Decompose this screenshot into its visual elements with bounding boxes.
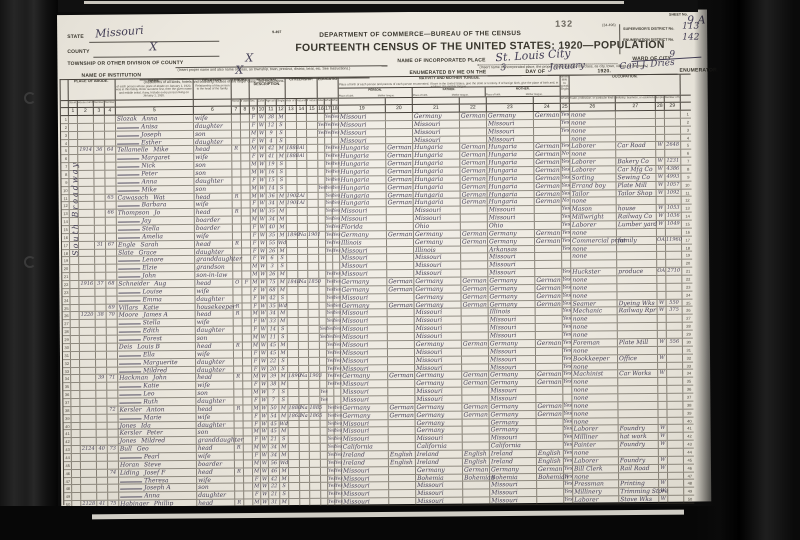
cell-tng	[388, 341, 415, 348]
cell-mt: German	[534, 143, 561, 150]
cell-imm: 1902	[287, 193, 298, 200]
cell-f	[108, 477, 119, 484]
cell-nat	[299, 326, 309, 333]
cell-mt	[536, 395, 563, 402]
column-label: Whether able to speak English.	[561, 97, 570, 103]
cell-t1: R	[234, 311, 243, 318]
cell-sex: F	[251, 256, 259, 263]
cell-ny	[307, 137, 318, 144]
cell-name: Stella	[117, 225, 195, 233]
cell-f: 70	[107, 312, 118, 319]
cell-ind: family	[617, 237, 657, 244]
cell-ny	[307, 177, 318, 184]
cell-ny	[309, 350, 320, 357]
cell-sex: F	[252, 350, 260, 357]
cell-fp: Germany	[414, 230, 461, 237]
cell-mt	[534, 135, 561, 142]
cell-t2	[241, 114, 250, 121]
cell-eng: Yes	[563, 347, 572, 354]
cell-c: W	[260, 303, 268, 310]
cell-fp: Germany	[415, 372, 462, 379]
line-number-right: 27	[683, 315, 692, 322]
cell-fp: Missouri	[415, 348, 462, 355]
cell-street	[71, 305, 80, 312]
cell-tng: German	[387, 192, 414, 199]
cell-tng: German	[386, 152, 413, 159]
cell-name: Barbara	[117, 201, 195, 209]
cell-ft	[462, 309, 489, 316]
cell-nat	[300, 452, 310, 459]
cell-c: W	[260, 319, 268, 326]
cell-pob: Missouri	[342, 420, 389, 427]
group-label: PERSONAL DESCRIPTION.	[250, 78, 285, 87]
cell-t2	[242, 232, 251, 239]
cell-t1: O	[233, 280, 242, 287]
cell-mp: Hungaria	[488, 191, 535, 198]
cell-name: Bull Geo	[119, 445, 197, 453]
cell-fs	[666, 229, 682, 236]
cell-mt	[536, 387, 563, 394]
cell-fs	[668, 425, 684, 432]
cell-ft: German	[461, 238, 488, 245]
cell-sch	[319, 287, 326, 294]
cell-street	[72, 470, 81, 477]
cell-c: W	[260, 311, 268, 318]
cell-wr	[332, 137, 339, 144]
column-label: Street, avenue, road, etc.	[69, 101, 78, 107]
cell-pob: Missouri	[341, 357, 388, 364]
cell-t2	[242, 248, 251, 255]
cell-t1	[234, 397, 243, 404]
cell-emp: W	[659, 441, 668, 448]
cell-t2	[242, 272, 251, 279]
cell-eng: Yes	[564, 426, 573, 433]
ditto-mark	[119, 320, 141, 325]
cell-imm	[289, 468, 300, 475]
cell-nat	[299, 318, 309, 325]
cell-name: Anna	[116, 178, 194, 186]
line-number-right: 26	[683, 307, 692, 314]
cell-fp: Hungaria	[413, 160, 460, 167]
column-label	[386, 98, 413, 104]
cell-ind: produce	[617, 268, 657, 275]
cell-f	[108, 430, 119, 437]
column-number: 5	[116, 107, 194, 115]
cell-name: Joseph	[116, 131, 194, 139]
cell-fp: Illinois	[414, 246, 461, 253]
cell-eng: Yes	[563, 300, 572, 307]
cell-mp: Hungaria	[488, 198, 535, 205]
cell-c: W	[259, 224, 267, 231]
cell-rel: son	[194, 130, 232, 137]
cell-wr: Yes	[334, 365, 341, 372]
cell-name: Ruth	[118, 398, 196, 406]
cell-h	[79, 249, 95, 256]
cell-name: Slozak Anna	[116, 115, 194, 123]
cell-rd: Yes	[327, 318, 334, 325]
cell-f: 68	[106, 281, 117, 288]
cell-mt: German	[536, 340, 563, 347]
cell-eng: Yes	[564, 450, 573, 457]
column-number: 1	[69, 108, 78, 115]
cell-imm	[288, 350, 299, 357]
column-label	[487, 97, 534, 103]
cell-rd	[325, 137, 332, 144]
cell-mp: Missouri	[490, 489, 537, 496]
cell-sex: M	[251, 193, 259, 200]
cell-ny	[309, 302, 320, 309]
ditto-mark	[119, 398, 141, 403]
cell-t1: R	[233, 209, 242, 216]
ditto-mark	[119, 390, 141, 395]
cell-mar: M	[279, 318, 288, 325]
cell-street	[72, 446, 81, 453]
line-number-right: 48	[684, 480, 693, 487]
cell-fs	[666, 260, 682, 267]
cell-ny	[309, 357, 320, 364]
cell-street	[71, 328, 80, 335]
line-number-right: 2	[681, 118, 690, 125]
cell-f	[107, 336, 118, 343]
cell-sch	[321, 483, 328, 490]
cell-eng: Yes	[561, 159, 570, 166]
cell-wr: Yes	[334, 318, 341, 325]
cell-tng: German	[388, 302, 415, 309]
cell-wr: Yes	[335, 483, 342, 490]
cell-mt	[535, 214, 562, 221]
cell-fp: Ireland	[416, 451, 463, 458]
cell-sch	[319, 255, 326, 262]
cell-sch	[318, 177, 325, 184]
cell-h	[80, 344, 96, 351]
cell-sch	[319, 247, 326, 254]
cell-c: W	[261, 484, 269, 491]
cell-sch	[321, 436, 328, 443]
cell-rd	[326, 255, 333, 262]
cell-mt: German	[535, 277, 562, 284]
cell-name: Leo	[118, 390, 196, 398]
line-number-right: 21	[682, 268, 691, 275]
line-number: 39	[64, 415, 72, 422]
ditto-mark	[118, 288, 140, 293]
cell-occ: Laborer	[573, 496, 619, 503]
column-label: Number of family in order of visitation.	[105, 101, 116, 107]
cell-c: W	[260, 326, 268, 333]
cell-c: W	[259, 295, 267, 302]
cell-f	[106, 249, 117, 256]
column-label: Year of immigration to the United States…	[286, 99, 297, 105]
cell-ny	[307, 145, 318, 152]
cell-mar: Wd	[280, 421, 289, 428]
group-name: NAME of each person whose place of abode…	[116, 79, 194, 100]
cell-mt	[536, 316, 563, 323]
line-number-right: 35	[683, 378, 692, 385]
cell-f	[105, 139, 116, 146]
cell-sch	[320, 310, 327, 317]
cell-fp: Missouri	[414, 254, 461, 261]
county-rule	[93, 55, 219, 58]
cell-age: 6	[267, 256, 278, 263]
cell-ny	[308, 263, 319, 270]
cell-t2	[242, 201, 251, 208]
cell-d	[95, 194, 106, 201]
cell-h	[81, 414, 97, 421]
cell-ind: Foundry	[619, 457, 659, 464]
cell-t2	[241, 146, 250, 153]
cell-tng: German	[387, 231, 414, 238]
cell-fp: Missouri	[414, 262, 461, 269]
line-number-right: 28	[683, 323, 692, 330]
cell-t1	[232, 138, 241, 145]
cell-sex: F	[251, 201, 259, 208]
cell-occ: Laborer	[571, 221, 617, 228]
cell-pob: Hungaria	[339, 153, 386, 160]
cell-ft: German	[461, 199, 488, 206]
cell-tng	[388, 309, 415, 316]
cell-ind: Railway Co	[617, 213, 657, 220]
group-label: NAME	[116, 79, 193, 84]
cell-c: W	[261, 421, 269, 428]
cell-mp: Missouri	[489, 356, 536, 363]
column-label: Trade, profession, or particular kind of…	[570, 96, 616, 102]
cell-age: 12	[266, 122, 277, 129]
cell-wr: Yes	[334, 342, 341, 349]
cell-t2	[243, 303, 252, 310]
cell-sex: F	[251, 287, 259, 294]
cell-c: W	[259, 240, 267, 247]
cell-mar: S	[278, 185, 287, 192]
cell-name: Pearl	[119, 453, 197, 461]
cell-occ: none	[571, 253, 617, 260]
cell-imm	[288, 342, 299, 349]
cell-f	[107, 344, 118, 351]
cell-occ: Milliner	[573, 433, 619, 440]
cell-tng	[389, 427, 416, 434]
cell-imm	[286, 161, 297, 168]
cell-mar: M	[280, 444, 289, 451]
cell-ind	[618, 331, 658, 338]
cell-rd: Yes	[327, 412, 334, 419]
cell-rel: boarder	[197, 460, 235, 467]
cell-age: 34	[268, 311, 279, 318]
cell-mar: S	[279, 397, 288, 404]
cell-c: W	[258, 146, 266, 153]
cell-occ: Laborer	[573, 426, 619, 433]
cell-rel: son	[196, 390, 234, 397]
cell-tng	[388, 365, 415, 372]
cell-name: Stella	[118, 319, 196, 327]
cell-tng	[389, 467, 416, 474]
cell-t1: R	[232, 146, 241, 153]
column-number: 15	[307, 106, 318, 113]
cell-street	[71, 360, 80, 367]
cell-tng	[386, 137, 413, 144]
cell-sch	[319, 295, 326, 302]
cell-t2	[244, 452, 253, 459]
cell-h	[79, 234, 95, 241]
cell-name: Anisa	[116, 123, 194, 131]
cell-t1	[234, 358, 243, 365]
cell-f	[108, 438, 119, 445]
cell-ind: Plate Mill	[616, 182, 656, 189]
cell-tng	[387, 223, 414, 230]
cell-ft: German	[461, 191, 488, 198]
group-nativity: NATIVITY AND MOTHER TONGUE. Place of bir…	[339, 76, 561, 98]
cell-rel: granddaughter	[195, 256, 233, 263]
cell-sex: M	[250, 146, 258, 153]
cell-pob: Missouri	[340, 263, 387, 270]
cell-h	[78, 139, 94, 146]
cell-rd: Yes	[325, 153, 332, 160]
cell-mp: Germany	[488, 230, 535, 237]
cell-t1	[233, 287, 242, 294]
cell-h	[79, 257, 95, 264]
cell-nat	[298, 263, 308, 270]
line-number-right: 31	[683, 346, 692, 353]
cell-mt	[534, 127, 561, 134]
cell-street	[72, 415, 81, 422]
cell-ny	[308, 247, 319, 254]
cell-wr: Yes	[335, 459, 342, 466]
cell-street	[71, 352, 80, 359]
cell-sch	[319, 232, 326, 239]
cell-occ: none	[572, 323, 618, 330]
cell-ny	[308, 208, 319, 215]
cell-sex: M	[251, 185, 259, 192]
cell-c: W	[260, 358, 268, 365]
cell-wr: Yes	[332, 145, 339, 152]
cell-c: W	[258, 177, 266, 184]
cell-mar: M	[278, 208, 287, 215]
cell-c: W	[258, 169, 266, 176]
cell-pob: Missouri	[339, 121, 386, 128]
column-label: Age at last birthday.	[266, 99, 277, 105]
cell-ny	[309, 326, 320, 333]
column-label: Sex.	[250, 99, 258, 105]
line-number-right: 49	[684, 488, 693, 495]
cell-h	[81, 485, 97, 492]
ditto-mark	[118, 233, 140, 238]
cell-ind: Car Mfg Co	[616, 166, 656, 173]
cell-rel: daughter	[194, 122, 232, 129]
line-number-right: 45	[684, 456, 693, 463]
cell-c: W	[260, 374, 268, 381]
cell-rd: Yes	[326, 294, 333, 301]
cell-mp: Germany	[490, 418, 537, 425]
cell-mar: M	[278, 216, 287, 223]
cell-imm: 1888	[286, 153, 297, 160]
cell-sch	[319, 271, 326, 278]
line-number: 12	[62, 202, 70, 209]
cell-sch	[320, 342, 327, 349]
cell-t2	[242, 185, 251, 192]
cell-mp: Hungaria	[487, 143, 534, 150]
cell-pob: Germany	[341, 373, 388, 380]
cell-eng: Yes	[561, 120, 570, 127]
cell-t2	[244, 460, 253, 467]
dept-line: DEPARTMENT OF COMMERCE—BUREAU OF THE CEN…	[319, 30, 521, 39]
cell-imm	[287, 248, 298, 255]
cell-h	[79, 202, 95, 209]
cell-ft	[461, 246, 488, 253]
cell-name: Anna	[119, 492, 197, 500]
person-subgroup: PERSON. Place of birth.Mother tongue.	[339, 88, 413, 98]
cell-ny	[310, 475, 321, 482]
cell-h	[81, 438, 97, 445]
cell-emp: W	[657, 189, 666, 196]
cell-occ: none	[572, 378, 618, 385]
cell-sch	[318, 137, 325, 144]
column-label: Whether able to read.	[325, 99, 332, 105]
cell-f	[107, 399, 118, 406]
cell-rd: Yes	[326, 184, 333, 191]
cell-rel: granddaughter	[197, 437, 235, 444]
cell-t1	[233, 232, 242, 239]
cell-d	[97, 477, 108, 484]
ditto-mark	[120, 485, 142, 490]
cell-c: W	[261, 452, 269, 459]
cell-occ: none	[572, 410, 618, 417]
cell-ny	[310, 444, 321, 451]
cell-eng: No	[561, 151, 570, 158]
cell-street	[72, 485, 81, 492]
cell-mt	[534, 120, 561, 127]
cell-mar: Wd	[280, 460, 289, 467]
cell-mar: M	[280, 476, 289, 483]
cell-pob: Germany	[340, 231, 387, 238]
cell-mar: M	[278, 287, 287, 294]
cell-h	[78, 171, 94, 178]
line-number: 20	[62, 265, 70, 272]
cell-pob: Germany	[341, 404, 388, 411]
cell-t2	[243, 405, 252, 412]
cell-t2	[243, 374, 252, 381]
cell-age: 26	[267, 271, 278, 278]
cell-emp: OA	[657, 268, 666, 275]
cell-nat	[300, 444, 310, 451]
line-number: 2	[61, 124, 69, 131]
cell-rd: Yes	[325, 122, 332, 129]
ditto-mark	[117, 163, 139, 168]
cell-c: W	[258, 122, 266, 129]
cell-imm	[286, 169, 297, 176]
column-number: 23	[487, 104, 534, 111]
cell-f	[106, 233, 117, 240]
line-number: 34	[63, 375, 71, 382]
cell-ny	[310, 420, 321, 427]
cell-d	[96, 344, 107, 351]
cell-rel: boarder	[195, 225, 233, 232]
cell-age: 34	[269, 452, 280, 459]
cell-mar: S	[280, 491, 289, 498]
cell-mar: M	[280, 428, 289, 435]
cell-nat	[299, 397, 309, 404]
cell-sch	[321, 420, 328, 427]
ditto-mark	[119, 367, 141, 372]
cell-fp: Missouri	[415, 364, 462, 371]
cell-sch	[321, 499, 328, 506]
cell-sex: F	[253, 476, 261, 483]
group-label: OCCUPATION.	[570, 75, 680, 80]
cell-emp	[657, 197, 666, 204]
cell-h	[81, 454, 97, 461]
cell-mt	[535, 245, 562, 252]
cell-ind	[616, 111, 656, 118]
cell-ft: English	[463, 450, 490, 457]
cell-ind	[617, 245, 657, 252]
group-personal-description: PERSONAL DESCRIPTION.	[250, 78, 286, 98]
scan-top-sliver	[84, 1, 624, 4]
